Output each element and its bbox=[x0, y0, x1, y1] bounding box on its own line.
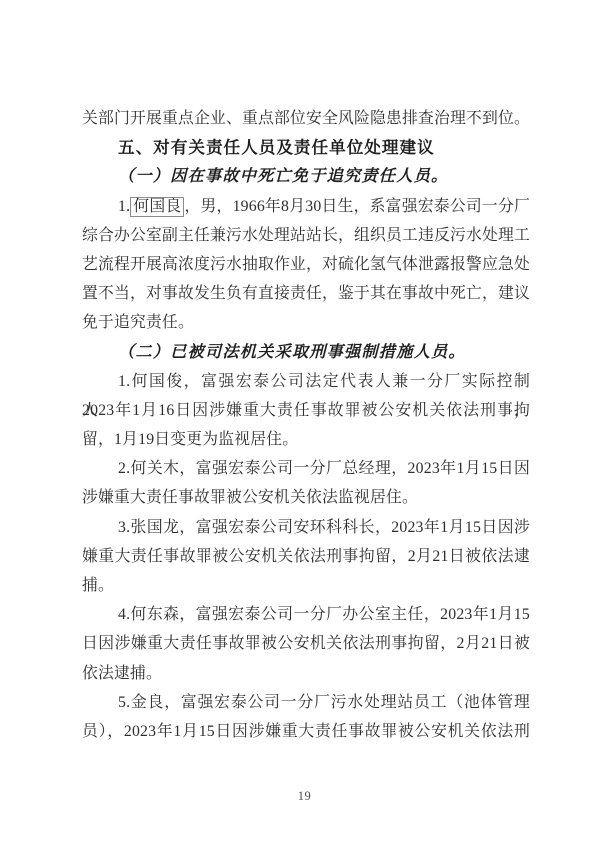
para1-line3: 艺流程开展高浓度污水抽取作业，对硫化氢气体泄露报警应急处 bbox=[82, 250, 530, 279]
boxed-name: 何国良 bbox=[130, 197, 184, 217]
para1-number: 1. bbox=[118, 198, 130, 215]
para6-line2: 员），2023年1月15日因涉嫌重大责任事故罪被公安机关依法刑 bbox=[82, 717, 530, 746]
para5-line1: 4.何东森，富强宏泰公司一分厂办公室主任，2023年1月15 bbox=[82, 600, 530, 629]
para4-line1: 3.张国龙，富强宏泰公司安环科科长，2023年1月15日因涉 bbox=[82, 513, 530, 542]
para3-line1: 2.何关木，富强宏泰公司一分厂总经理，2023年1月15日因 bbox=[82, 454, 530, 483]
para2-line1: 1.何国俊，富强宏泰公司法定代表人兼一分厂实际控制人， bbox=[82, 367, 530, 396]
para6-line1: 5.金良，富强宏泰公司一分厂污水处理站员工（池体管理 bbox=[82, 688, 530, 717]
para5-line2: 日因涉嫌重大责任事故罪被公安机关依法刑事拘留，2月21日被 bbox=[82, 629, 530, 658]
section-heading: 五、对有关责任人员及责任单位处理建议 bbox=[82, 133, 530, 162]
para5-line3: 依法逮捕。 bbox=[82, 659, 530, 688]
page-number: 19 bbox=[0, 789, 609, 804]
para4-line2: 嫌重大责任事故罪被公安机关依法刑事拘留，2月21日被依法逮 bbox=[82, 542, 530, 571]
para1-line1: 1.何国良，男，1966年8月30日生，系富强宏泰公司一分厂 bbox=[82, 192, 530, 221]
subsection-heading-2: （二）已被司法机关采取刑事强制措施人员。 bbox=[82, 338, 530, 367]
document-page: 关部门开展重点企业、重点部位安全风险隐患排查治理不到位。 五、对有关责任人员及责… bbox=[0, 0, 609, 860]
para2-line2: 2023年1月16日因涉嫌重大责任事故罪被公安机关依法刑事拘 bbox=[82, 396, 530, 425]
subsection-heading-1: （一）因在事故中死亡免于追究责任人员。 bbox=[82, 162, 530, 191]
carryover-line: 关部门开展重点企业、重点部位安全风险隐患排查治理不到位。 bbox=[82, 104, 530, 133]
para3-line2: 涉嫌重大责任事故罪被公安机关依法监视居住。 bbox=[82, 483, 530, 512]
document-body-text: 关部门开展重点企业、重点部位安全风险隐患排查治理不到位。 五、对有关责任人员及责… bbox=[82, 104, 530, 746]
para4-line3: 捕。 bbox=[82, 571, 530, 600]
para1-line5: 免于追究责任。 bbox=[82, 308, 530, 337]
para1-line2: 综合办公室副主任兼污水处理站站长，组织员工违反污水处理工 bbox=[82, 221, 530, 250]
para2-line3: 留，1月19日变更为监视居住。 bbox=[82, 425, 530, 454]
para1-line1-rest: ，男，1966年8月30日生，系富强宏泰公司一分厂 bbox=[184, 198, 530, 215]
para1-line4: 置不当，对事故发生负有直接责任，鉴于其在事故中死亡，建议 bbox=[82, 279, 530, 308]
